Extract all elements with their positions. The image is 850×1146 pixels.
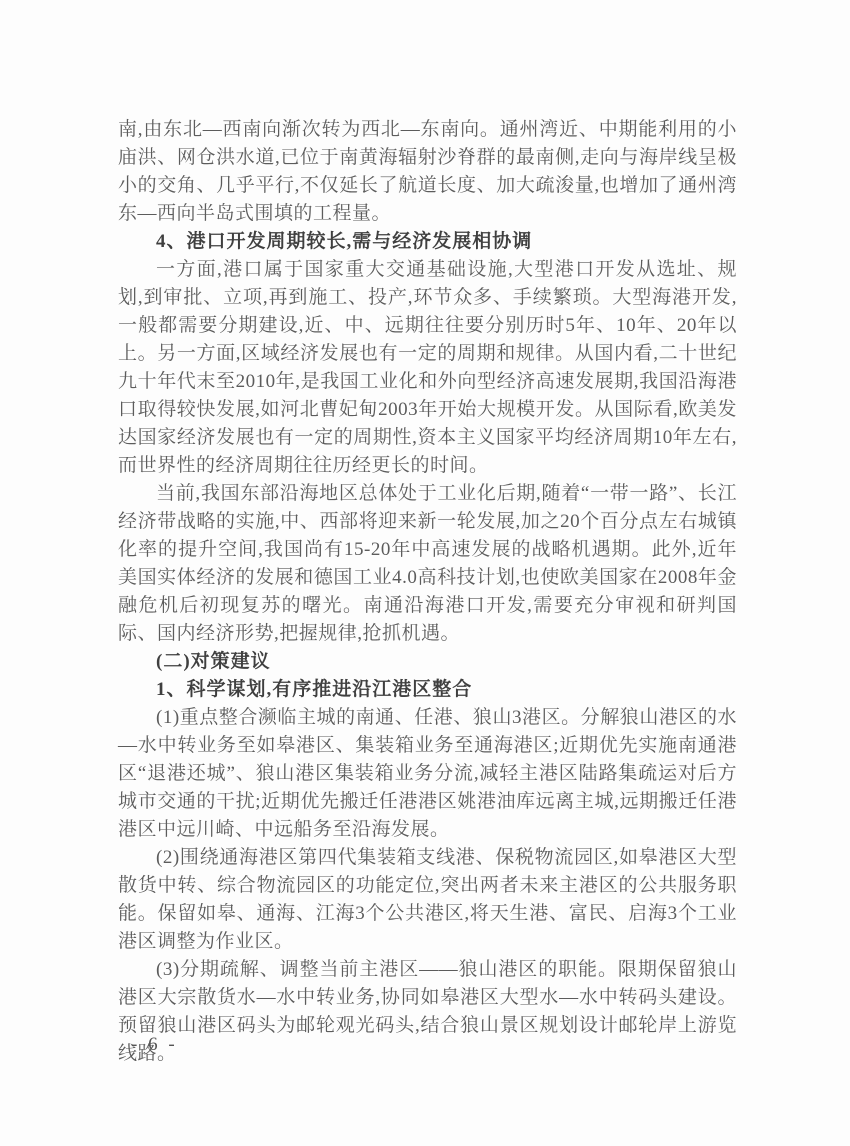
section-heading-1: 1、科学谋划,有序推进沿江港区整合 — [118, 676, 737, 704]
paragraph: (1)重点整合濒临主城的南通、任港、狼山3港区。分解狼山港区的水—水中转业务至如… — [118, 704, 737, 844]
section-heading-4: 4、港口开发周期较长,需与经济发展相协调 — [118, 228, 737, 256]
document-page: 南,由东北—西南向渐次转为西北—东南向。通州湾近、中期能利用的小庙洪、网仓洪水道… — [0, 0, 850, 1146]
paragraph: 当前,我国东部沿海地区总体处于工业化后期,随着“一带一路”、长江经济带战略的实施… — [118, 480, 737, 648]
paragraph: 一方面,港口属于国家重大交通基础设施,大型港口开发从选址、规划,到审批、立项,再… — [118, 256, 737, 480]
page-number: - 6 - — [131, 1034, 178, 1056]
paragraph: (3)分期疏解、调整当前主港区——狼山港区的职能。限期保留狼山港区大宗散货水—水… — [118, 956, 737, 1068]
paragraph-continuation: 南,由东北—西南向渐次转为西北—东南向。通州湾近、中期能利用的小庙洪、网仓洪水道… — [118, 116, 737, 228]
section-heading-countermeasures: (二)对策建议 — [118, 648, 737, 676]
paragraph: (2)围绕通海港区第四代集装箱支线港、保税物流园区,如皋港区大型散货中转、综合物… — [118, 844, 737, 956]
document-body: 南,由东北—西南向渐次转为西北—东南向。通州湾近、中期能利用的小庙洪、网仓洪水道… — [118, 116, 737, 1068]
